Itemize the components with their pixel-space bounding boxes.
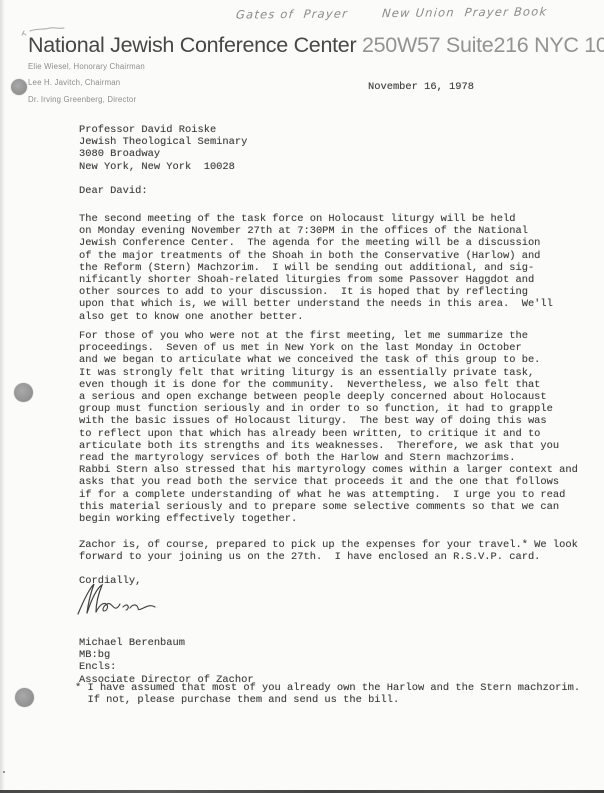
text-line: the Reform (Stern) Machzorim. I will be … [79, 262, 553, 274]
date-line: November 16, 1978 [368, 81, 474, 93]
text-line: Rabbi Stern also stressed that his marty… [79, 464, 578, 476]
text-line: 3080 Broadway [79, 148, 247, 160]
signature-scrawl [76, 582, 158, 616]
body-paragraph-2: For those of you who were not at the fir… [79, 330, 578, 525]
text-line: on Monday evening November 27th at 7:30P… [79, 225, 553, 237]
text-line: even though it is done for the community… [79, 379, 578, 391]
text-line: if for a complete understanding of what … [79, 489, 578, 501]
text-line: Jewish Conference Center. The agenda for… [79, 237, 553, 249]
org-name-text: National Jewish Conference Center [28, 33, 362, 57]
text-line: and we began to articulate what we conce… [79, 354, 578, 366]
text-line: other sources to add to your discussion.… [79, 286, 553, 298]
handwritten-annotation: Gates of Prayer New Union Prayer Book [235, 4, 548, 21]
text-line: read the martyrology services of both th… [79, 452, 578, 464]
org-address-text: 250W57 Suite216 NYC 10019 [362, 33, 604, 57]
scan-left-edge [0, 0, 5, 793]
scan-speck [3, 771, 5, 773]
sender-name: Michael Berenbaum [79, 637, 254, 649]
text-line: also get to know one another better. [79, 311, 553, 323]
text-line: asks that you read both the service that… [79, 476, 578, 488]
text-line: Zachor is, of course, prepared to pick u… [79, 539, 578, 551]
text-line: articulate both its strengths and its we… [79, 440, 578, 452]
text-line: Lee H. Javitch, Chairman [28, 75, 145, 91]
letterhead-title: National Jewish Conference Center 250W57… [28, 33, 604, 58]
text-line: MB:bg [79, 649, 116, 661]
text-line: New York, New York 10028 [79, 161, 247, 173]
text-line: this material seriously and to prepare s… [79, 501, 578, 513]
text-line: group must function seriously and in ord… [79, 403, 578, 415]
footnote: * I have assumed that most of you alread… [75, 682, 580, 706]
text-line: of the major treatments of the Shoah in … [79, 250, 553, 262]
text-line: The second meeting of the task force on … [79, 213, 553, 225]
text-line: For those of you who were not at the fir… [79, 330, 578, 342]
hole-punch-bottom [15, 688, 34, 707]
hole-punch-top [11, 79, 27, 95]
text-line: Dr. Irving Greenberg, Director [28, 92, 145, 108]
letterhead-officers: Elie Wiesel, Honorary ChairmanLee H. Jav… [28, 59, 145, 108]
text-line: Encls: [79, 661, 116, 673]
text-line: nificantly shorter Shoah-related liturgi… [79, 274, 553, 286]
handwritten-note-right: New Union Prayer Book [381, 4, 548, 20]
text-line: If not, please purchase them and send us… [75, 694, 580, 706]
body-paragraph-3: Zachor is, of course, prepared to pick u… [79, 539, 578, 563]
text-line: with the basic issues of Holocaust litur… [79, 415, 578, 427]
text-line: Elie Wiesel, Honorary Chairman [28, 59, 145, 75]
text-line: proceedings. Seven of us met in New York… [79, 342, 578, 354]
body-paragraph-1: The second meeting of the task force on … [79, 213, 553, 323]
reference-block: MB:bgEncls: [79, 649, 116, 673]
handwritten-note-left: Gates of Prayer [235, 6, 348, 21]
text-line: to reflect upon that which has already b… [79, 428, 578, 440]
text-line: forward to your joining us on the 27th. … [79, 551, 578, 563]
text-line: It was strongly felt that writing liturg… [79, 367, 578, 379]
hole-punch-middle [14, 383, 33, 402]
text-line: Jewish Theological Seminary [79, 136, 247, 148]
recipient-address: Professor David RoiskeJewish Theological… [79, 124, 247, 173]
text-line: * I have assumed that most of you alread… [75, 682, 580, 694]
salutation: Dear David: [79, 185, 148, 197]
text-line: begin working effectively together. [79, 513, 578, 525]
text-line: upon that which is, we will better under… [79, 298, 553, 310]
text-line: Professor David Roiske [79, 124, 247, 136]
text-line: a serious and open exchange between peop… [79, 391, 578, 403]
